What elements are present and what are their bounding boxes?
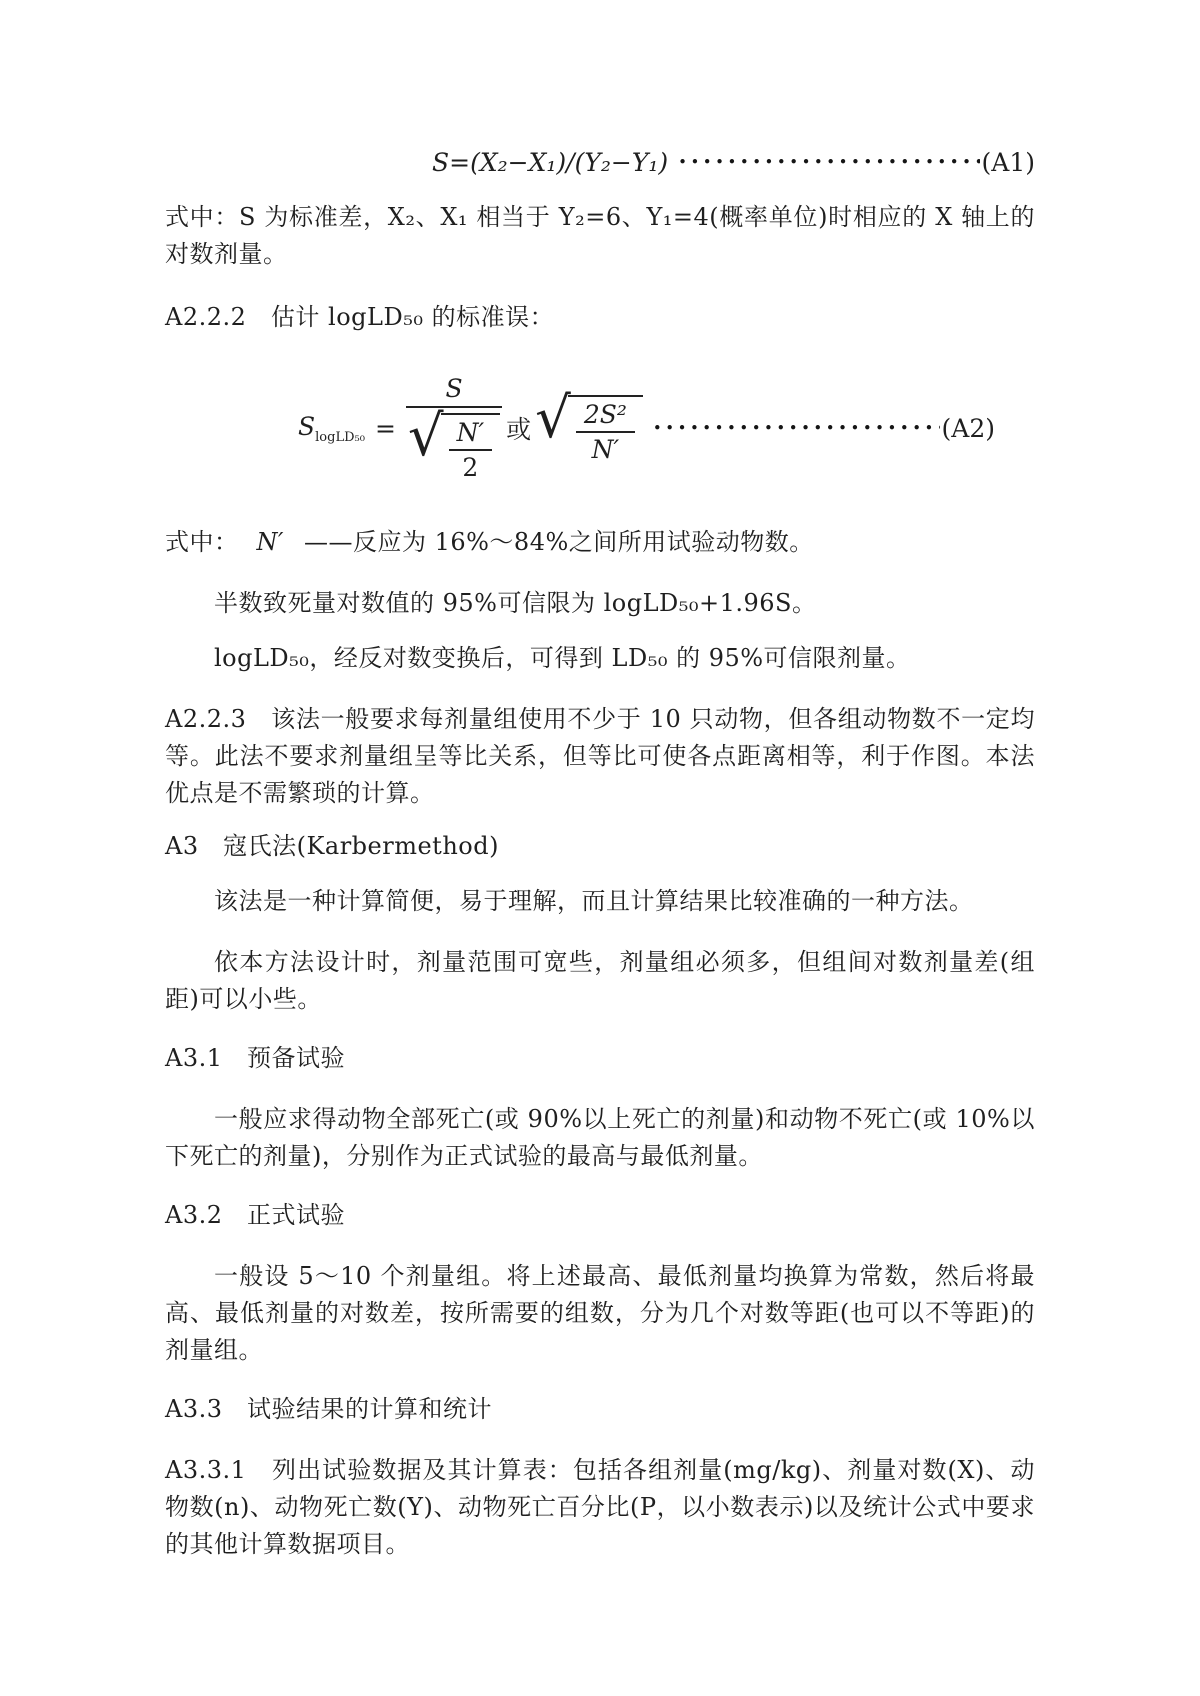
radical-sign-2: √ — [535, 392, 571, 445]
inner-fraction-1-numerator: N′ — [449, 418, 493, 449]
heading-a2-2-2: A2.2.2 估计 logLD₅₀ 的标准误： — [165, 299, 1035, 336]
equals-sign: = — [375, 414, 396, 443]
paragraph-confidence-limit: 半数致死量对数值的 95%可信限为 logLD₅₀+1.96S。 — [165, 585, 1035, 622]
radicand-1: N′ 2 — [441, 413, 501, 482]
inner-fraction-1: N′ 2 — [449, 418, 493, 482]
formula-a1-label: (A1) — [982, 148, 1035, 177]
sqrt-n-prime-over-2: √ N′ 2 — [408, 410, 500, 482]
formula-a2-lhs: SlogLD₅₀ — [298, 412, 365, 445]
dot-leader-a1: ••••••••••••••••••••••••••••••••••••••••… — [678, 155, 979, 170]
sqrt-2s2-over-n: √ 2S² N′ — [535, 392, 643, 464]
n-definition-text: 反应为 16%～84%之间所用试验动物数。 — [353, 528, 814, 556]
n-definition-dash: —— — [304, 528, 353, 556]
formula-a2-lhs-subscript: logLD₅₀ — [315, 430, 365, 445]
inner-fraction-2: 2S² N′ — [576, 400, 635, 464]
heading-a3-2: A3.2 正式试验 — [165, 1197, 1035, 1234]
heading-a3-1: A3.1 预备试验 — [165, 1040, 1035, 1077]
inner-fraction-2-numerator: 2S² — [576, 400, 635, 431]
radical-sign-1: √ — [408, 410, 444, 463]
inner-fraction-2-denominator: N′ — [576, 431, 635, 464]
formula-a2-label: (A2) — [942, 414, 995, 443]
paragraph-n-definition: 式中：N′——反应为 16%～84%之间所用试验动物数。 — [165, 524, 1035, 561]
paragraph-antilog: logLD₅₀，经反对数变换后，可得到 LD₅₀ 的 95%可信限剂量。 — [165, 640, 1035, 677]
paragraph-a3-1-body: 一般应求得动物全部死亡(或 90%以上死亡的剂量)和动物不死亡(或 10%以下死… — [165, 1101, 1035, 1175]
document-page: S=(X₂−X₁)/(Y₂−Y₁) ••••••••••••••••••••••… — [0, 0, 1200, 1696]
formula-a1: S=(X₂−X₁)/(Y₂−Y₁) ••••••••••••••••••••••… — [165, 148, 1035, 177]
or-text: 或 — [506, 410, 531, 446]
formula-a1-expression: S=(X₂−X₁)/(Y₂−Y₁) — [432, 148, 668, 177]
heading-a3: A3 寇氏法(Karbermethod) — [165, 828, 1035, 865]
paragraph-s-definition: 式中：S 为标准差，X₂、X₁ 相当于 Y₂=6、Y₁=4(概率单位)时相应的 … — [165, 199, 1035, 273]
heading-a3-3: A3.3 试验结果的计算和统计 — [165, 1391, 1035, 1428]
inner-fraction-1-denominator: 2 — [449, 449, 493, 482]
main-fraction-denominator: √ N′ 2 — [406, 406, 502, 482]
paragraph-a3-intro: 该法是一种计算简便，易于理解，而且计算结果比较准确的一种方法。 — [165, 883, 1035, 920]
formula-a2-lhs-base: S — [298, 412, 315, 441]
radicand-2: 2S² N′ — [568, 395, 643, 464]
main-fraction-numerator: S — [435, 374, 472, 406]
n-definition-prefix: 式中： — [165, 528, 239, 556]
paragraph-a3-2-body: 一般设 5～10 个剂量组。将上述最高、最低剂量均换算为常数，然后将最高、最低剂… — [165, 1258, 1035, 1369]
paragraph-a2-2-3: A2.2.3 该法一般要求每剂量组使用不少于 10 只动物，但各组动物数不一定均… — [165, 701, 1035, 812]
paragraph-a3-design: 依本方法设计时，剂量范围可宽些，剂量组必须多，但组间对数剂量差(组距)可以小些。 — [165, 944, 1035, 1018]
main-fraction: S √ N′ 2 — [406, 374, 502, 482]
dot-leader-a2: ••••••••••••••••••••••••••••••••••••••••… — [653, 421, 940, 436]
formula-a2: SlogLD₅₀ = S √ N′ 2 或 √ — [298, 374, 995, 482]
paragraph-a3-3-1: A3.3.1 列出试验数据及其计算表：包括各组剂量(mg/kg)、剂量对数(X)… — [165, 1452, 1035, 1563]
n-variable: N′ — [257, 528, 284, 556]
